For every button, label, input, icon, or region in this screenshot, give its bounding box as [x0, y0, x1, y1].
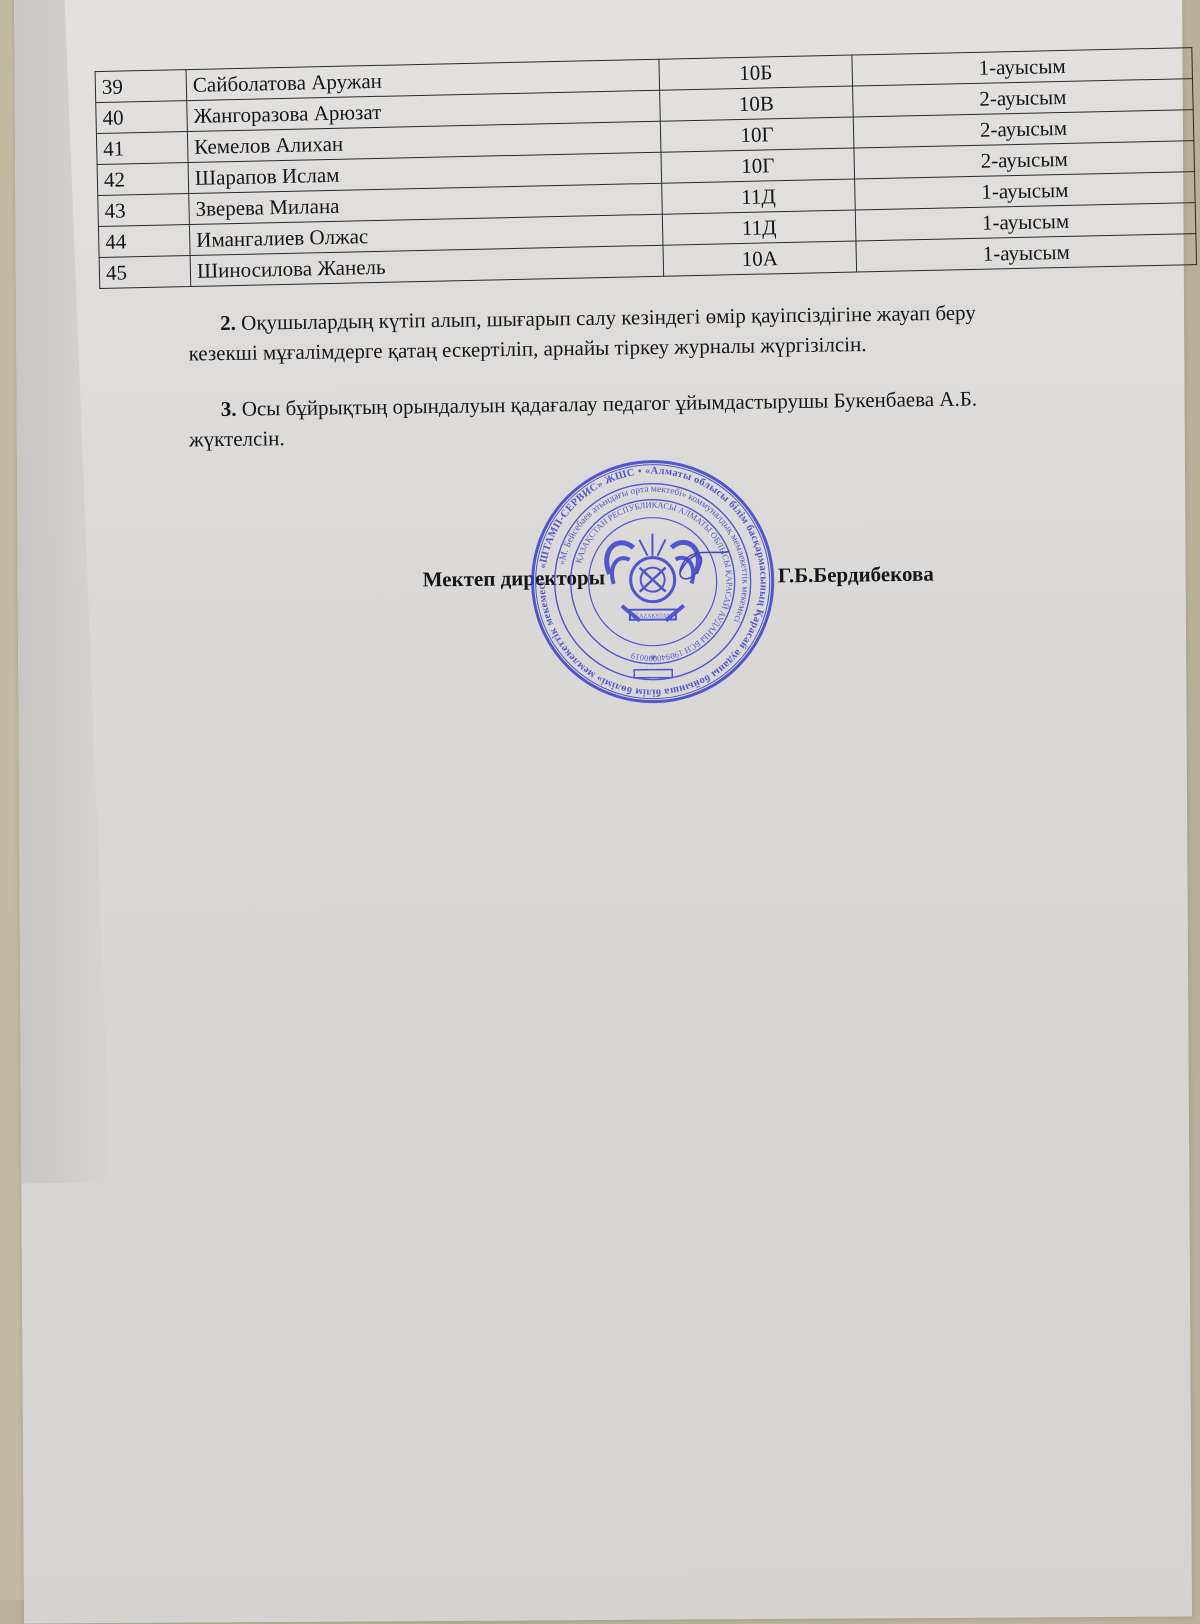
- class-name-cell: 11Д: [662, 210, 856, 245]
- paragraph-3-text-1: Осы бұйрықтың орындалуын қадағалау педаг…: [236, 387, 977, 421]
- class-name-cell: 10А: [663, 241, 857, 276]
- row-number-cell: 39: [95, 70, 187, 103]
- row-number-cell: 40: [96, 101, 188, 134]
- row-number-cell: 43: [98, 194, 190, 227]
- state-emblem-icon: [607, 533, 699, 621]
- emblem-label: KAZAKSTAN: [635, 614, 672, 620]
- paragraph-2-number: 2.: [220, 311, 236, 335]
- paragraph-3: 3. Осы бұйрықтың орындалуын қадағалау пе…: [189, 381, 1130, 454]
- paragraph-3-number: 3.: [221, 397, 237, 421]
- class-name-cell: 10Г: [661, 148, 855, 183]
- row-number-cell: 42: [97, 163, 189, 196]
- paragraph-3-line-2: жүктелсін.: [189, 426, 285, 451]
- paragraph-2-line-2: кезекші мұғалімдерге қатаң ескертіліп, а…: [188, 332, 866, 365]
- shift-cell: 1-ауысым: [856, 234, 1197, 272]
- class-name-cell: 10Б: [659, 55, 853, 90]
- class-name-cell: 10Г: [660, 117, 854, 152]
- official-seal-stamp: KAZAKSTAN «ШТАМП-СЕРВИС» ЖШС • «Алматы о…: [529, 455, 777, 708]
- paragraph-3-line-1: 3. Осы бұйрықтың орындалуын қадағалау пе…: [189, 381, 1129, 424]
- class-name-cell: 11Д: [662, 179, 856, 214]
- handwritten-signature: [679, 551, 729, 579]
- students-table: 39Сайболатова Аружан10Б1-ауысым40Жангора…: [95, 47, 1197, 289]
- class-name-cell: 10В: [660, 86, 854, 121]
- signatory-name: Г.Б.Бердибекова: [778, 562, 934, 589]
- row-number-cell: 45: [99, 256, 191, 289]
- row-number-cell: 44: [98, 225, 190, 258]
- paragraph-2-text-1: Оқушылардың күтіп алып, шығарып салу кез…: [236, 301, 976, 335]
- star-icon: *: [650, 653, 657, 668]
- hatch-block-icon: [634, 670, 672, 678]
- paragraph-2-line-1: 2. Оқушылардың күтіп алып, шығарып салу …: [188, 295, 1128, 338]
- document-page: 39Сайболатова Аружан10Б1-ауысым40Жангора…: [14, 0, 1192, 1600]
- paragraph-2: 2. Оқушылардың күтіп алып, шығарып салу …: [188, 295, 1129, 368]
- row-number-cell: 41: [96, 132, 188, 165]
